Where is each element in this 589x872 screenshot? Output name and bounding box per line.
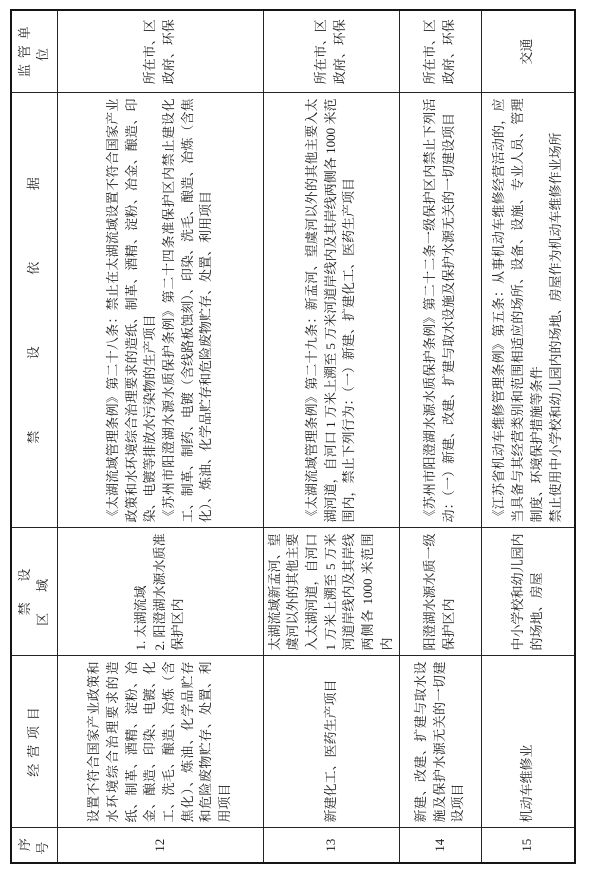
cell-serial: 15 — [481, 828, 575, 863]
header-row: 序号 经营项目 禁设区域 禁设依据 监管单位 — [11, 10, 57, 863]
prohibited-business-table: 序号 经营项目 禁设区域 禁设依据 监管单位 12 设置不符合国家产业政策和水环… — [10, 9, 576, 864]
column-header-supervisor: 监管单位 — [11, 10, 57, 93]
cell-basis: 《太湖流域管理条例》第二十八条：禁止在太湖流域设置不符合国家产业政策和水环境综合… — [57, 93, 263, 528]
cell-serial: 13 — [263, 828, 399, 863]
column-header-basis: 禁设依据 — [11, 93, 57, 528]
cell-supervisor: 交通 — [481, 10, 575, 93]
cell-basis: 《江苏省机动车维修管理条例》第五条：从事机动车维修经营活动的，应当具备与其经营类… — [481, 93, 575, 528]
cell-serial: 12 — [57, 828, 263, 863]
column-header-serial: 序号 — [11, 828, 57, 863]
cell-basis: 《苏州市阳澄湖水源水质保护条例》第二十二条一级保护区内禁止下列活动：（一）新建、… — [399, 93, 481, 528]
rotated-landscape-canvas: 序号 经营项目 禁设区域 禁设依据 监管单位 12 设置不符合国家产业政策和水环… — [0, 0, 589, 872]
cell-item: 设置不符合国家产业政策和水环境综合治理要求的造纸、制革、酒精、淀粉、冶金、酿造、… — [57, 656, 263, 828]
cell-area: 中小学校和幼儿园内的场地、房屋 — [481, 528, 575, 656]
table-row: 15 机动车维修业 中小学校和幼儿园内的场地、房屋 《江苏省机动车维修管理条例》… — [481, 10, 575, 863]
table-row: 13 新建化工、医药生产项目 太湖流域新孟河、望虞河以外的其他主要入太湖河道，自… — [263, 10, 399, 863]
cell-item: 机动车维修业 — [481, 656, 575, 828]
cell-item: 新建化工、医药生产项目 — [263, 656, 399, 828]
cell-serial: 14 — [399, 828, 481, 863]
table-row: 12 设置不符合国家产业政策和水环境综合治理要求的造纸、制革、酒精、淀粉、冶金、… — [57, 10, 263, 863]
table-row: 14 新建、改建、扩建与取水设施及保护水源无关的一切建设项目 阳澄湖水源水质一级… — [399, 10, 481, 863]
cell-supervisor: 所在市、区政府、环保 — [57, 10, 263, 93]
cell-basis: 《太湖流域管理条例》第二十九条：新孟河、望虞河以外的其他主要入太湖河道，自河口 … — [263, 93, 399, 528]
cell-area: 太湖流域新孟河、望虞河以外的其他主要入太湖河道，自河口 1 万米上溯至 5 万米… — [263, 528, 399, 656]
cell-area: 阳澄湖水源水质一级保护区内 — [399, 528, 481, 656]
column-header-area: 禁设区域 — [11, 528, 57, 656]
column-header-item: 经营项目 — [11, 656, 57, 828]
cell-supervisor: 所在市、区政府、环保 — [399, 10, 481, 93]
cell-supervisor: 所在市、区政府、环保 — [263, 10, 399, 93]
cell-item: 新建、改建、扩建与取水设施及保护水源无关的一切建设项目 — [399, 656, 481, 828]
document-page: 序号 经营项目 禁设区域 禁设依据 监管单位 12 设置不符合国家产业政策和水环… — [0, 0, 589, 872]
cell-area: 1. 太湖流域 2. 阳澄湖水源水质准保护区内 — [57, 528, 263, 656]
